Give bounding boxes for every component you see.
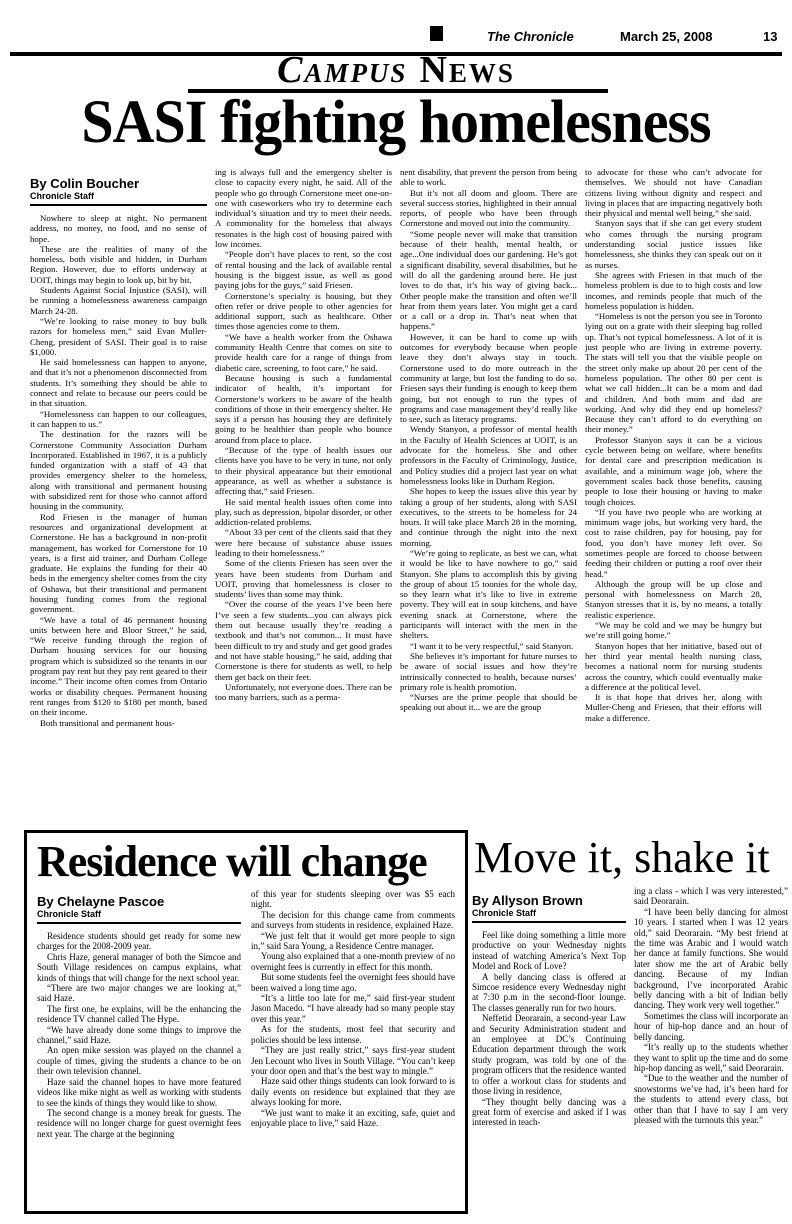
- paragraph: Chris Haze, general manager of both the …: [37, 952, 241, 983]
- paragraph: However, it can be hard to come up with …: [400, 332, 577, 425]
- residence-byline: By Chelayne Pascoe: [37, 895, 241, 909]
- paragraph: “They are just really strict,” says firs…: [251, 1045, 455, 1076]
- paragraph: Residence students should get ready for …: [37, 931, 241, 952]
- newspaper-page: The Chronicle March 25, 2008 13 CampusNe…: [0, 0, 792, 1224]
- dance-column-2: ing a class - which I was very intereste…: [634, 886, 788, 1214]
- residence-columns: By Chelayne Pascoe Chronicle Staff Resid…: [37, 889, 455, 1189]
- residence-headline: Residence will change: [37, 837, 455, 887]
- paragraph: of this year for students sleeping over …: [251, 889, 455, 910]
- paragraph: “We just want to make it an exciting, sa…: [251, 1108, 455, 1129]
- paragraph: “Homelessness can happen to our colleagu…: [30, 409, 207, 430]
- paragraph: He said homelessness can happen to anyon…: [30, 357, 207, 408]
- section-banner: CampusNews: [0, 51, 792, 89]
- paragraph: Sometimes the class will incorporate an …: [634, 1011, 788, 1042]
- paragraph: An open mike session was played on the c…: [37, 1045, 241, 1076]
- paragraph: The destination for the razors will be C…: [30, 429, 207, 511]
- paragraph: “Due to the weather and the number of sn…: [634, 1073, 788, 1125]
- paragraph: Professor Stanyon says it can be a vicio…: [585, 435, 762, 507]
- paragraph: Haze said the channel hopes to have more…: [37, 1077, 241, 1108]
- section-banner-word-campus: Campus: [277, 49, 407, 91]
- paragraph: “We’re looking to raise money to buy bul…: [30, 316, 207, 357]
- paragraph: “We may be cold and we may be hungry but…: [585, 620, 762, 641]
- masthead-date: March 25, 2008: [620, 29, 713, 44]
- dance-column-1: By Allyson Brown Chronicle Staff Feel li…: [472, 886, 626, 1214]
- paragraph: Wendy Stanyon, a professor of mental hea…: [400, 424, 577, 486]
- main-byline-block: By Colin Boucher Chronicle Staff: [30, 177, 207, 206]
- dance-columns: By Allyson Brown Chronicle Staff Feel li…: [472, 886, 788, 1214]
- main-article-column-3: nent disability, that prevent the person…: [400, 167, 577, 830]
- paragraph: nent disability, that prevent the person…: [400, 167, 577, 188]
- paragraph: “We have a health worker from the Oshawa…: [215, 332, 392, 373]
- paragraph: “Homeless is not the person you see in T…: [585, 311, 762, 435]
- residence-byline-block: By Chelayne Pascoe Chronicle Staff: [37, 895, 241, 924]
- paragraph: Although the group will be up close and …: [585, 579, 762, 620]
- paragraph: “I have been belly dancing for almost 10…: [634, 907, 788, 1011]
- residence-column-2: of this year for students sleeping over …: [251, 889, 455, 1189]
- paragraph: “I want it to be very respectful,” said …: [400, 641, 577, 651]
- main-article-column-1: By Colin Boucher Chronicle Staff Nowhere…: [30, 167, 207, 830]
- masthead-mark: [430, 26, 443, 41]
- paragraph: Both transitional and permanent hous-: [30, 718, 207, 728]
- residence-article: Residence will change By Chelayne Pascoe…: [24, 830, 468, 1214]
- paragraph: “Because of the type of health issues ou…: [215, 445, 392, 496]
- dance-headline: Move it, shake it: [474, 834, 788, 882]
- paragraph: Haze said other things students can look…: [251, 1076, 455, 1107]
- dance-byline-role: Chronicle Staff: [472, 908, 626, 923]
- paragraph: As for the students, most feel that secu…: [251, 1024, 455, 1045]
- masthead-page-number: 13: [763, 29, 777, 44]
- paragraph: Neffetid Deorarain, a second-year Law an…: [472, 1013, 626, 1096]
- main-headline: SASI fighting homelesness: [18, 90, 774, 154]
- dance-article: Move it, shake it By Allyson Brown Chron…: [472, 834, 788, 1218]
- paragraph: ing a class - which I was very intereste…: [634, 886, 788, 907]
- section-banner-word-news: News: [419, 49, 514, 91]
- main-byline: By Colin Boucher: [30, 177, 207, 191]
- main-article-column-1-body: Nowhere to sleep at night. No permanent …: [30, 213, 207, 728]
- paragraph: “It’s really up to the students whether …: [634, 1042, 788, 1073]
- paragraph: The second change is a money break for g…: [37, 1108, 241, 1139]
- paragraph: “We’re going to replicate, as best we ca…: [400, 548, 577, 641]
- paragraph: Cornerstone’s specialty is housing, but …: [215, 291, 392, 332]
- paragraph: Rod Friesen is the manager of human reso…: [30, 512, 207, 615]
- paragraph: “About 33 per cent of the clients said t…: [215, 527, 392, 558]
- main-article-column-2: ing is always full and the emergency she…: [215, 167, 392, 830]
- masthead-publication: The Chronicle: [487, 29, 574, 44]
- paragraph: ing is always full and the emergency she…: [215, 167, 392, 249]
- paragraph: A belly dancing class is offered at Simc…: [472, 972, 626, 1014]
- main-article: By Colin Boucher Chronicle Staff Nowhere…: [30, 167, 762, 830]
- paragraph: She agrees with Friesen in that much of …: [585, 270, 762, 311]
- paragraph: Stanyon hopes that her initiative, based…: [585, 641, 762, 692]
- residence-byline-role: Chronicle Staff: [37, 909, 241, 924]
- paragraph: “If you have two people who are working …: [585, 507, 762, 579]
- paragraph: Unfortunately, not everyone does. There …: [215, 682, 392, 703]
- paragraph: “People don’t have places to rent, so th…: [215, 249, 392, 290]
- paragraph: Because housing is such a fundamental in…: [215, 373, 392, 445]
- paragraph: “We have a total of 46 permanent housing…: [30, 615, 207, 718]
- paragraph: “Some people never will make that transi…: [400, 229, 577, 332]
- paragraph: It is that hope that drives her, along w…: [585, 692, 762, 723]
- paragraph: to advocate for those who can’t advocate…: [585, 167, 762, 218]
- main-byline-role: Chronicle Staff: [30, 191, 207, 206]
- paragraph: Stanyon says that if she can get every s…: [585, 218, 762, 269]
- dance-byline: By Allyson Brown: [472, 894, 626, 908]
- residence-column-1: By Chelayne Pascoe Chronicle Staff Resid…: [37, 889, 241, 1189]
- paragraph: “There are two major changes we are look…: [37, 983, 241, 1004]
- dance-column-1-body: Feel like doing something a little more …: [472, 930, 626, 1128]
- paragraph: “We just felt that it would get more peo…: [251, 931, 455, 952]
- paragraph: He said mental health issues often come …: [215, 497, 392, 528]
- paragraph: Students Against Social Injustice (SASI)…: [30, 285, 207, 316]
- paragraph: “Nurses are the prime people that should…: [400, 692, 577, 713]
- dance-byline-block: By Allyson Brown Chronicle Staff: [472, 894, 626, 923]
- paragraph: “We have already done some things to imp…: [37, 1025, 241, 1046]
- paragraph: Some of the clients Friesen has seen ove…: [215, 558, 392, 599]
- paragraph: She hopes to keep the issues alive this …: [400, 486, 577, 548]
- paragraph: Young also explained that a one-month pr…: [251, 951, 455, 972]
- residence-column-1-body: Residence students should get ready for …: [37, 931, 241, 1139]
- paragraph: She believes it’s important for future n…: [400, 651, 577, 692]
- paragraph: “They thought belly dancing was a great …: [472, 1097, 626, 1128]
- paragraph: Nowhere to sleep at night. No permanent …: [30, 213, 207, 244]
- paragraph: These are the realities of many of the h…: [30, 244, 207, 285]
- paragraph: “It’s a little too late for me,” said fi…: [251, 993, 455, 1024]
- paragraph: The first one, he explains, will be the …: [37, 1004, 241, 1025]
- paragraph: But some students feel the overnight fee…: [251, 972, 455, 993]
- paragraph: But it’s not all doom and gloom. There a…: [400, 188, 577, 229]
- paragraph: The decision for this change came from c…: [251, 910, 455, 931]
- paragraph: Feel like doing something a little more …: [472, 930, 626, 972]
- paragraph: “Over the course of the years I’ve been …: [215, 599, 392, 681]
- main-article-column-4: to advocate for those who can’t advocate…: [585, 167, 762, 830]
